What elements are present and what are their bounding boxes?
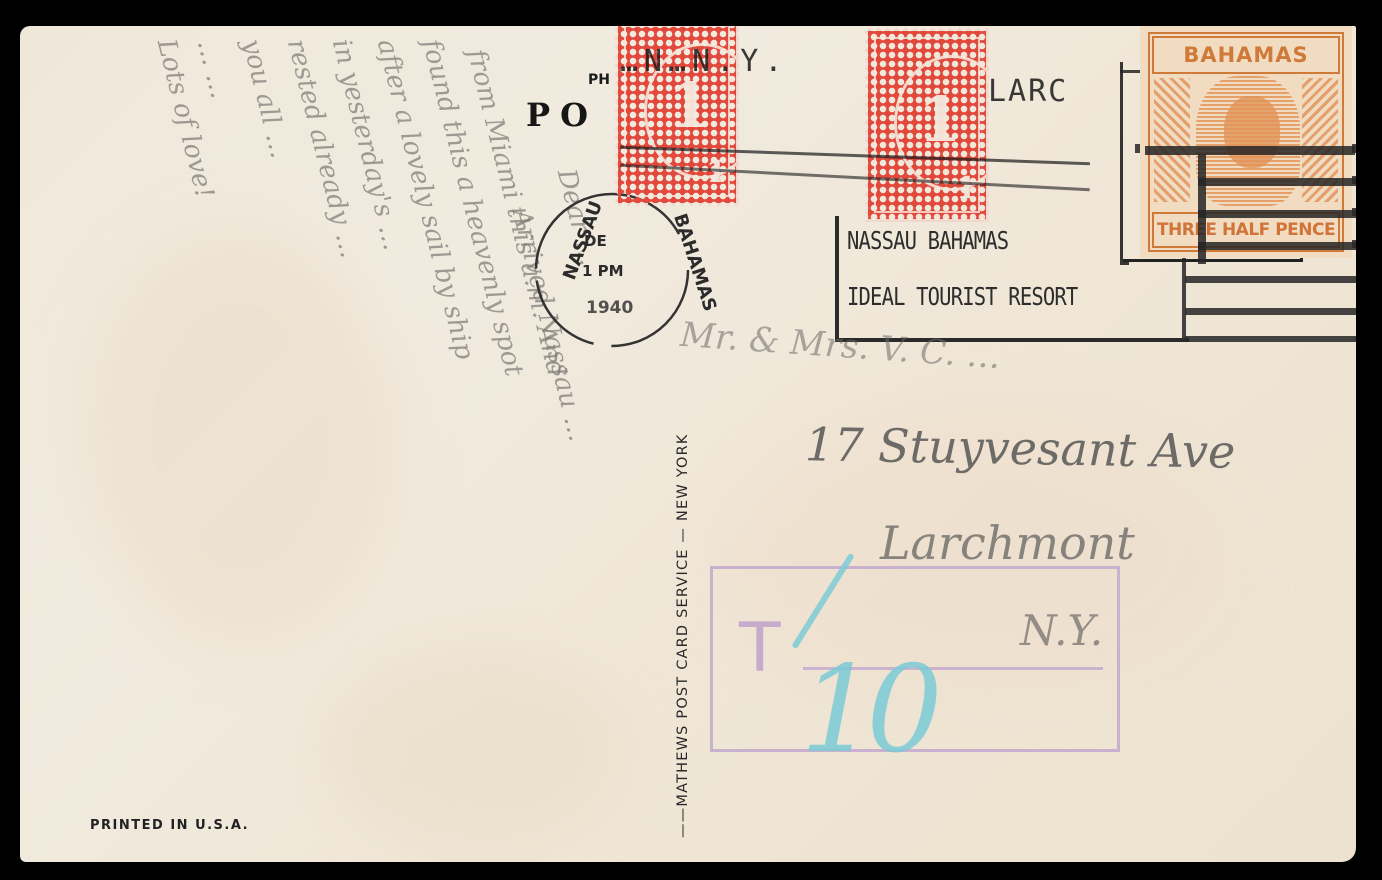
circular-postmark: NASSAU BAHAMAS DE 1 PM 1940: [532, 190, 692, 350]
address-street: 17 Stuyvesant Ave: [805, 417, 1236, 479]
slogan-line-1: NASSAU BAHAMAS: [847, 226, 1008, 255]
stamp-denomination: 1: [668, 69, 711, 142]
us-postage-due-stamp: 1 1: [865, 28, 989, 222]
postcard: Dear … Arrived Nassau … from Miami this …: [20, 26, 1356, 862]
printed-in-usa: PRINTED IN U.S.A.: [90, 818, 249, 833]
roller-cancel-text: …N…N.Y.: [620, 44, 788, 79]
publisher-vertical-text: ——MATHEWS POST CARD SERVICE — NEW YORK: [675, 433, 691, 838]
address-city: Larchmont: [880, 516, 1135, 570]
postmark-year: 1940: [586, 298, 633, 318]
stamp-denomination: 1: [918, 83, 961, 156]
postmark-time: 1 PM: [582, 262, 624, 280]
postcard-header: PO: [526, 96, 598, 134]
roller-cancel-town: LARC: [988, 74, 1068, 109]
postage-due-letter: T: [739, 609, 781, 688]
slogan-line-2: IDEAL TOURIST RESORT: [847, 282, 1077, 311]
stamp-country: BAHAMAS: [1152, 36, 1340, 74]
postage-due-amount: 10: [800, 641, 933, 780]
bahamas-stamp: BAHAMAS THREE HALF PENCE: [1140, 26, 1352, 258]
header-small-text: PH: [588, 72, 610, 88]
stamp-corner-denomination: 1: [706, 155, 727, 190]
message-line: … …: [191, 36, 235, 102]
slogan-cancel-box: NASSAU BAHAMAS IDEAL TOURIST RESORT: [835, 216, 1189, 342]
postmark-month: DE: [584, 232, 607, 250]
stamp-corner-denomination: 1: [956, 171, 977, 206]
